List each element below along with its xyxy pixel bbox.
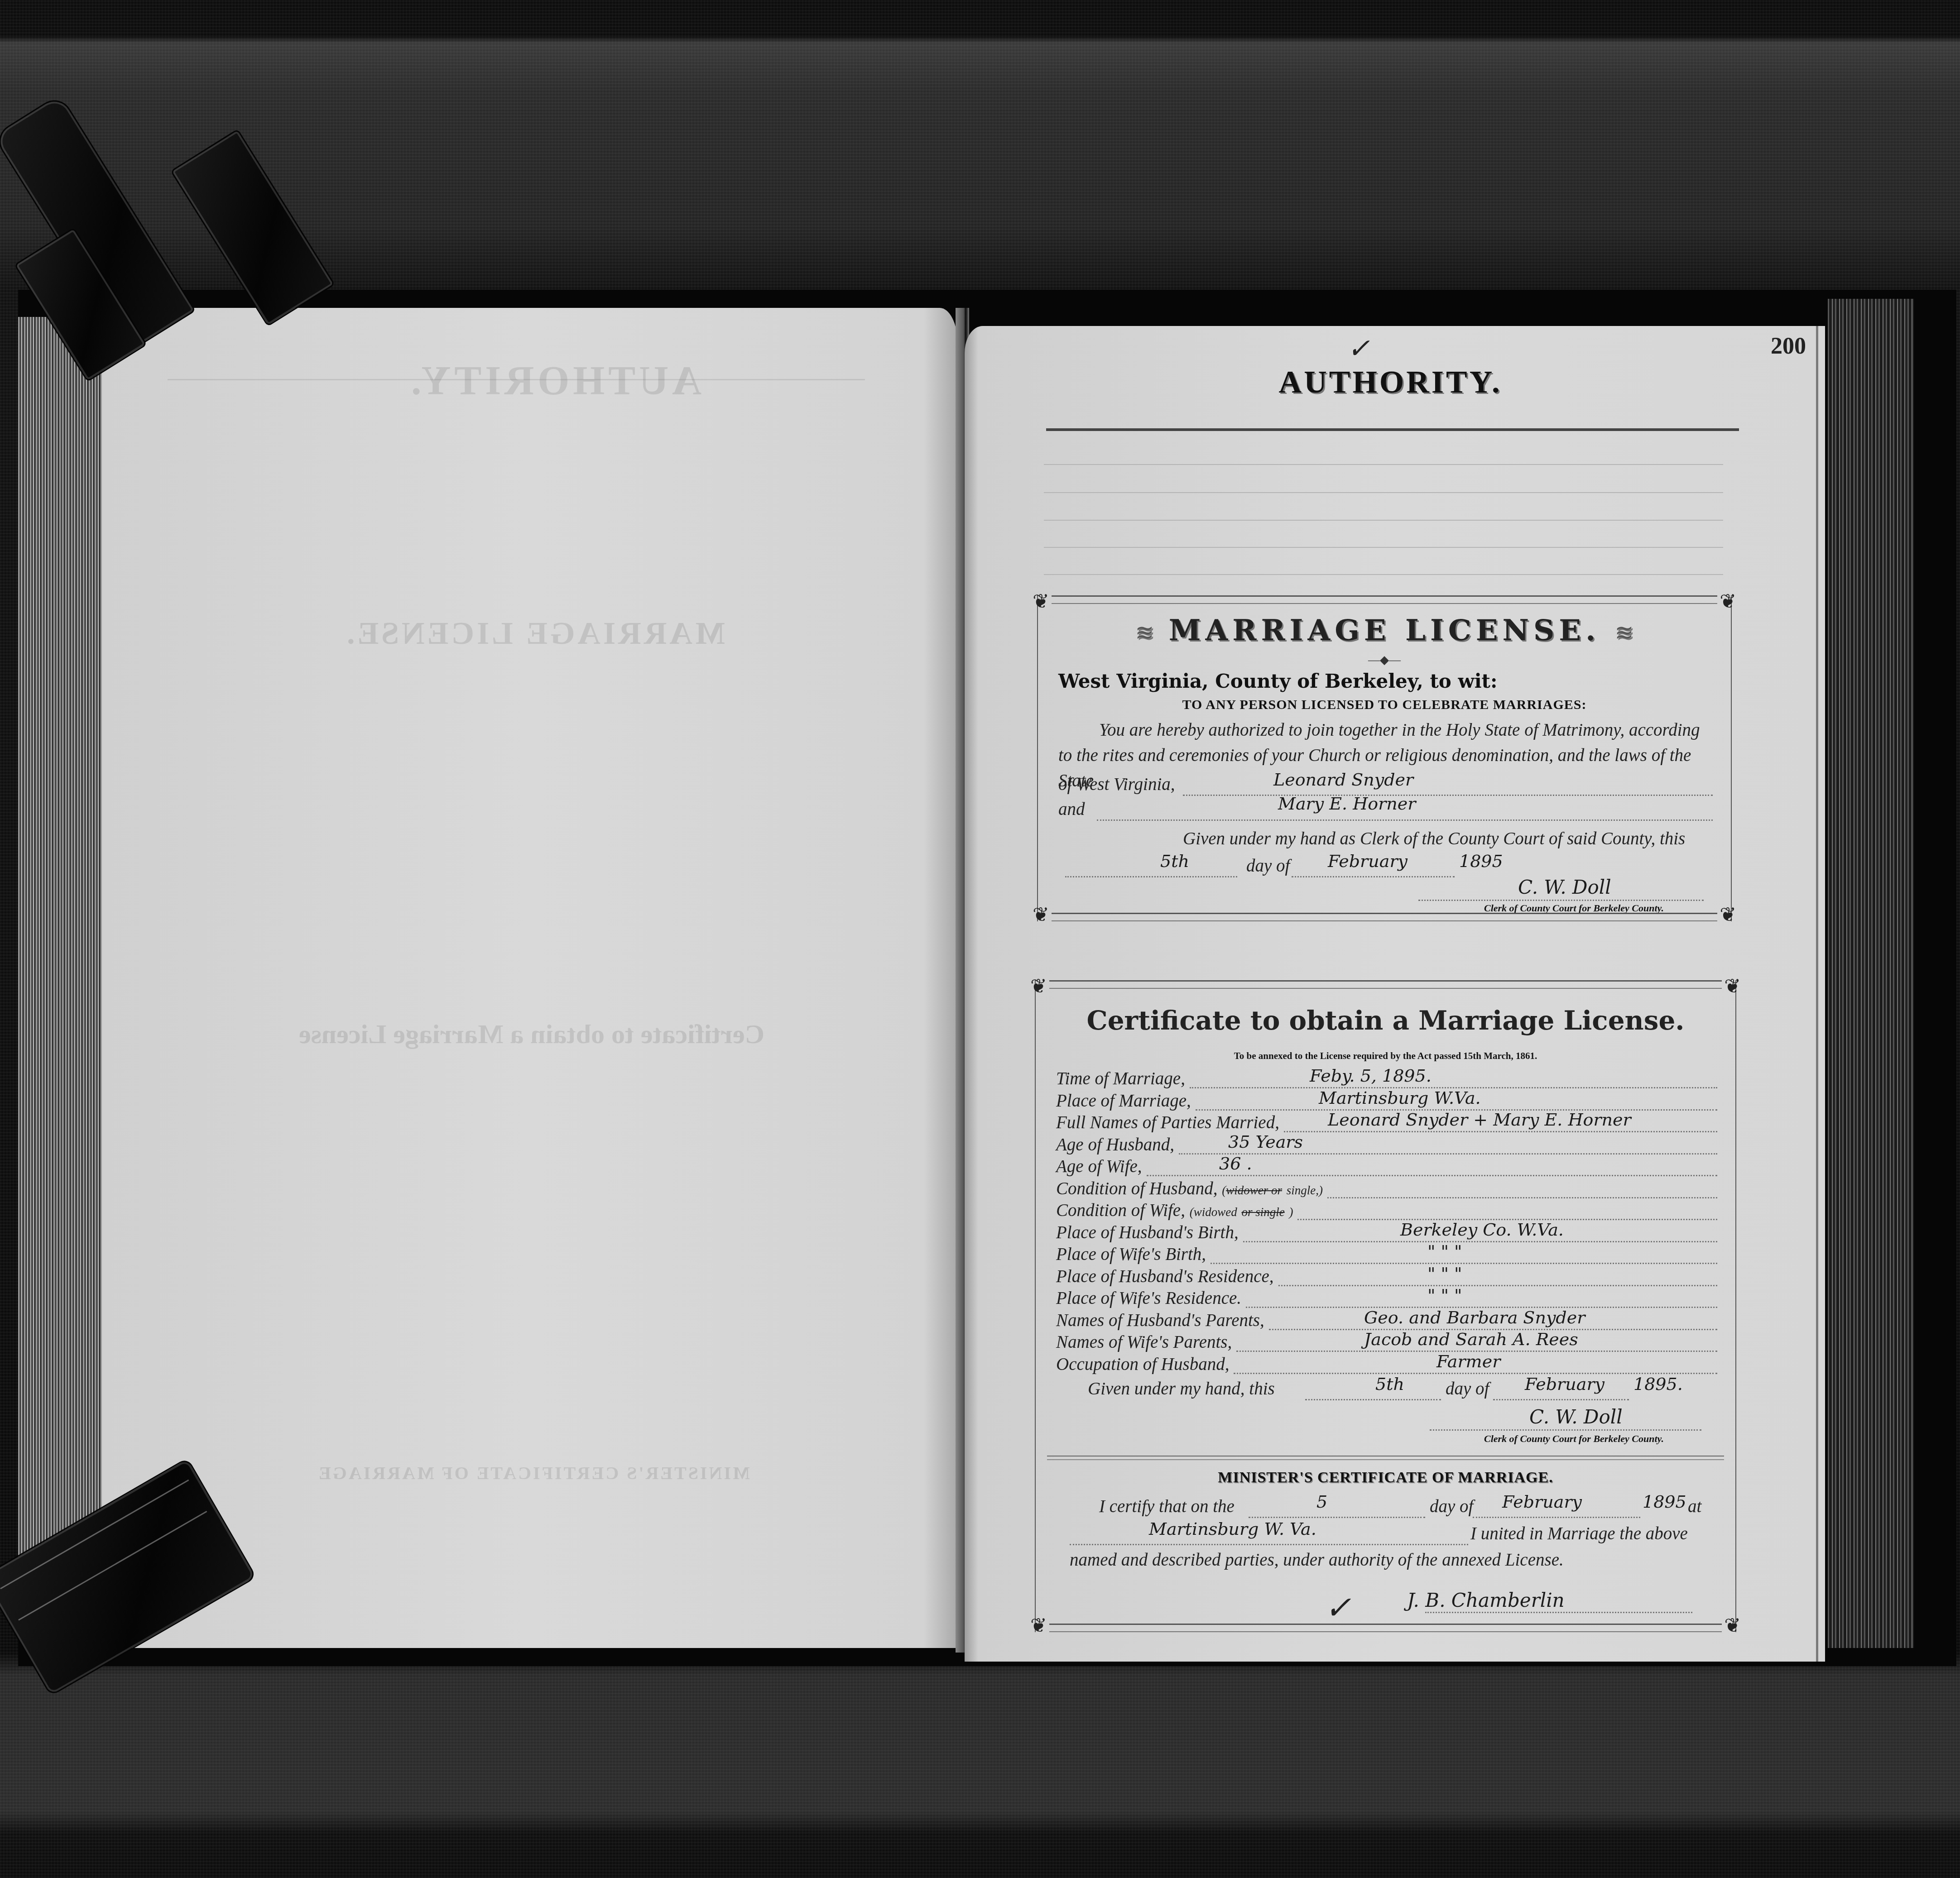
field-fill-line — [1327, 1197, 1717, 1198]
field-label-text: Place of Husband's Birth, — [1056, 1223, 1239, 1242]
certificate-clerk-signature-line — [1430, 1429, 1701, 1431]
minister-signature-line — [1425, 1612, 1692, 1613]
license-clerk-title: Clerk of County Court for Berkeley Count… — [1484, 902, 1664, 914]
certificate-subtitle: To be annexed to the License required by… — [1036, 1050, 1735, 1062]
field-value-handwritten: " " " — [1427, 1241, 1462, 1261]
minister-place-handwritten: Martinsburg W. Va. — [1149, 1519, 1316, 1539]
page-number: 200 — [1771, 333, 1806, 359]
field-fill-line — [1284, 1131, 1717, 1132]
certificate-field-label: Names of Wife's Parents, — [1056, 1332, 1232, 1352]
marriage-license-form: ❦ ❦ ❦ ❦ ≋ MARRIAGE LICENSE. ≋ —◆— West V… — [1037, 595, 1732, 921]
field-value-handwritten: Jacob and Sarah A. Rees — [1364, 1329, 1578, 1349]
certificate-month-fill-line — [1493, 1399, 1629, 1400]
ornament-corner-icon: ❦ — [1030, 977, 1047, 996]
field-label-text: Place of Wife's Birth, — [1056, 1245, 1206, 1264]
license-clerk-signature-line — [1418, 900, 1704, 901]
field-value-handwritten: Farmer — [1436, 1351, 1500, 1371]
paren-option-text: single,) — [1287, 1183, 1323, 1197]
certificate-field-row: Condition of Husband, (widower or single… — [1056, 1179, 1717, 1200]
bride-name-handwritten: Mary E. Horner — [1278, 794, 1416, 814]
field-fill-line — [1211, 1263, 1717, 1264]
certificate-form: ❦ ❦ ❦ ❦ Certificate to obtain a Marriage… — [1035, 980, 1736, 1632]
ornament-corner-icon: ❦ — [1720, 905, 1736, 925]
field-value-handwritten: Martinsburg W.Va. — [1319, 1088, 1481, 1108]
left-page-bleed-license-heading: MARRIAGE LICENSE. — [344, 616, 725, 652]
field-label-text: Place of Marriage, — [1056, 1091, 1191, 1111]
field-value-handwritten: 35 Years — [1228, 1132, 1303, 1152]
check-mark-icon: ✓ — [1325, 1589, 1351, 1627]
certificate-field-label: Place of Marriage, — [1056, 1091, 1191, 1111]
minister-month-handwritten: February — [1502, 1492, 1582, 1512]
license-addressee: TO ANY PERSON LICENSED TO CELEBRATE MARR… — [1038, 697, 1731, 713]
field-label-text: Time of Marriage, — [1056, 1069, 1185, 1088]
field-label-text: Place of Wife's Residence. — [1056, 1289, 1241, 1308]
ornament-corner-icon: ❦ — [1720, 592, 1736, 612]
certificate-field-row: Occupation of Husband,Farmer — [1056, 1354, 1717, 1376]
ornament-corner-icon: ❦ — [1030, 1616, 1047, 1636]
certificate-field-label: Time of Marriage, — [1056, 1068, 1185, 1089]
certificate-field-label: Place of Wife's Residence. — [1056, 1288, 1241, 1308]
certificate-clerk-signature: C. W. Doll — [1529, 1406, 1623, 1428]
right-page-stack-edge — [1828, 299, 1914, 1648]
license-month-fill-line — [1292, 876, 1455, 877]
certificate-field-row: Condition of Wife, (widowed or single ) — [1056, 1200, 1717, 1222]
certificate-field-label: Place of Wife's Birth, — [1056, 1244, 1206, 1265]
minister-day-of-label: day of — [1430, 1496, 1473, 1517]
certificate-clerk-title: Clerk of County Court for Berkeley Count… — [1484, 1433, 1664, 1445]
fleuron-divider-icon: —◆— — [1038, 653, 1731, 667]
license-title: ≋ MARRIAGE LICENSE. ≋ — [1038, 613, 1731, 647]
ornament-corner-icon: ❦ — [1724, 977, 1741, 996]
certificate-field-row: Age of Husband,35 Years — [1056, 1135, 1717, 1156]
field-label-text: Place of Husband's Residence, — [1056, 1267, 1274, 1286]
struck-option-text: or single — [1241, 1205, 1284, 1219]
minister-united-label: I united in Marriage the above — [1470, 1523, 1688, 1544]
certificate-day-fill-line — [1305, 1399, 1441, 1400]
paren-option-text: ( — [1190, 1205, 1194, 1219]
field-fill-line — [1147, 1175, 1717, 1176]
certificate-field-label: Names of Husband's Parents, — [1056, 1310, 1264, 1331]
ornament-corner-icon: ❦ — [1724, 1616, 1741, 1636]
certificate-field-label: Age of Husband, — [1056, 1135, 1174, 1155]
ruled-line — [1044, 547, 1723, 548]
field-value-handwritten: " " " — [1427, 1285, 1462, 1305]
license-day-handwritten: 5th — [1160, 851, 1189, 871]
right-margin-rule — [1816, 326, 1818, 1662]
field-value-handwritten: Feby. 5, 1895. — [1310, 1066, 1432, 1086]
left-page-bleed-heading: AUTHORITY. — [408, 358, 701, 404]
certificate-field-label: Full Names of Parties Married, — [1056, 1112, 1279, 1133]
bride-fill-line — [1097, 819, 1713, 821]
license-title-text: MARRIAGE LICENSE. — [1169, 613, 1600, 647]
minister-closing-text: named and described parties, under autho… — [1070, 1550, 1564, 1570]
minister-day-fill-line — [1249, 1517, 1425, 1518]
field-label-text: Age of Wife, — [1056, 1157, 1142, 1176]
certificate-month-handwritten: February — [1525, 1374, 1605, 1394]
minister-certify-label: I certify that on the — [1099, 1496, 1235, 1517]
certificate-field-label: Occupation of Husband, — [1056, 1354, 1229, 1375]
left-page-bleed-minister-heading: MINISTER'S CERTIFICATE OF MARRIAGE — [317, 1462, 750, 1484]
field-value-handwritten: 36 . — [1219, 1154, 1252, 1174]
minister-place-fill-line — [1070, 1544, 1468, 1545]
groom-name-handwritten: Leonard Snyder — [1273, 770, 1413, 790]
ornament-corner-icon: ❦ — [1033, 592, 1049, 612]
paren-option-text: widowed — [1194, 1205, 1237, 1219]
certificate-field-row: Place of Wife's Residence." " " — [1056, 1288, 1717, 1310]
certificate-field-label: Age of Wife, — [1056, 1156, 1142, 1177]
page-heading: AUTHORITY. — [1263, 364, 1517, 401]
certificate-field-label: Place of Husband's Birth, — [1056, 1222, 1239, 1243]
field-label-text: Condition of Wife, — [1056, 1201, 1185, 1220]
minister-section-rule — [1047, 1456, 1724, 1460]
left-page-stack-edge — [18, 317, 104, 1567]
struck-option-text: widower or — [1226, 1183, 1282, 1197]
minister-year-handwritten: 1895 — [1643, 1492, 1686, 1512]
license-day-fill-line — [1065, 876, 1237, 877]
ornament-corner-icon: ❦ — [1033, 905, 1049, 925]
field-label-text: Full Names of Parties Married, — [1056, 1113, 1279, 1132]
field-label-text: Occupation of Husband, — [1056, 1355, 1229, 1374]
field-fill-line — [1179, 1153, 1717, 1155]
minister-month-fill-line — [1473, 1517, 1640, 1518]
certificate-field-row: Place of Marriage,Martinsburg W.Va. — [1056, 1091, 1717, 1112]
paren-option-text: ) — [1289, 1205, 1293, 1219]
ruled-line — [1044, 520, 1723, 521]
left-page-bleed-certificate-heading: Certificate to obtain a Marriage License — [299, 1019, 764, 1050]
certificate-field-row: Place of Husband's Residence," " " — [1056, 1266, 1717, 1288]
certificate-field-row: Names of Husband's Parents,Geo. and Barb… — [1056, 1310, 1717, 1332]
field-label-text: Age of Husband, — [1056, 1135, 1174, 1155]
ruled-line — [1044, 574, 1723, 575]
heading-rule — [1046, 428, 1739, 431]
certificate-field-label: Condition of Husband, (widower or single… — [1056, 1179, 1323, 1199]
field-label-text: Condition of Husband, — [1056, 1179, 1217, 1198]
ruled-line — [1044, 464, 1723, 465]
field-label-text: Names of Wife's Parents, — [1056, 1332, 1232, 1352]
swirl-ornament-icon: ≋ — [1615, 619, 1634, 646]
certificate-field-row: Time of Marriage,Feby. 5, 1895. — [1056, 1068, 1717, 1090]
certificate-field-row: Names of Wife's Parents,Jacob and Sarah … — [1056, 1332, 1717, 1354]
license-year-handwritten: 1895 — [1459, 851, 1503, 871]
certificate-day-of-label: day of — [1446, 1379, 1489, 1399]
field-value-handwritten: Geo. and Barbara Snyder — [1364, 1308, 1585, 1327]
license-body-line-1: You are hereby authorized to join togeth… — [1058, 718, 1713, 743]
certificate-field-row: Full Names of Parties Married,Leonard Sn… — [1056, 1112, 1717, 1134]
certificate-field-row: Age of Wife,36 . — [1056, 1156, 1717, 1178]
certificate-field-row: Place of Wife's Birth," " " — [1056, 1244, 1717, 1266]
license-month-handwritten: February — [1328, 851, 1408, 871]
and-label: and — [1058, 799, 1085, 819]
certificate-field-row: Place of Husband's Birth,Berkeley Co. W.… — [1056, 1222, 1717, 1244]
certificate-field-label: Place of Husband's Residence, — [1056, 1266, 1274, 1287]
minister-at-label: at — [1688, 1496, 1701, 1517]
minister-certificate-title: MINISTER'S CERTIFICATE OF MARRIAGE. — [1036, 1469, 1735, 1486]
license-state-line: West Virginia, County of Berkeley, to wi… — [1058, 670, 1498, 692]
certificate-year-handwritten: 1895. — [1633, 1374, 1683, 1394]
field-fill-line — [1278, 1285, 1717, 1286]
certificate-day-handwritten: 5th — [1375, 1374, 1404, 1394]
field-value-handwritten: Berkeley Co. W.Va. — [1400, 1220, 1564, 1240]
swirl-ornament-icon: ≋ — [1135, 619, 1154, 646]
left-page — [102, 308, 958, 1648]
certificate-given-label: Given under my hand, this — [1088, 1379, 1275, 1399]
minister-day-handwritten: 5 — [1316, 1492, 1327, 1512]
field-value-handwritten: Leonard Snyder + Mary E. Horner — [1328, 1110, 1631, 1130]
license-state-label: of West Virginia, — [1058, 774, 1175, 795]
paren-option-text: ( — [1222, 1183, 1226, 1197]
field-label-text: Names of Husband's Parents, — [1056, 1311, 1264, 1330]
certificate-title: Certificate to obtain a Marriage License… — [1036, 1005, 1735, 1036]
license-clerk-signature: C. W. Doll — [1518, 876, 1611, 898]
check-mark-icon: ✓ — [1347, 333, 1370, 364]
groom-fill-line — [1183, 795, 1713, 796]
ruled-line — [1044, 492, 1723, 493]
field-fill-line — [1243, 1241, 1717, 1242]
license-given-line: Given under my hand as Clerk of the Coun… — [1183, 829, 1685, 849]
left-page-bleed-rule — [168, 379, 865, 380]
minister-signature: J. B. Chamberlin — [1407, 1589, 1565, 1611]
license-day-of-label: day of — [1246, 856, 1290, 876]
field-value-handwritten: " " " — [1427, 1264, 1462, 1284]
certificate-field-label: Condition of Wife, (widowed or single ) — [1056, 1200, 1293, 1221]
